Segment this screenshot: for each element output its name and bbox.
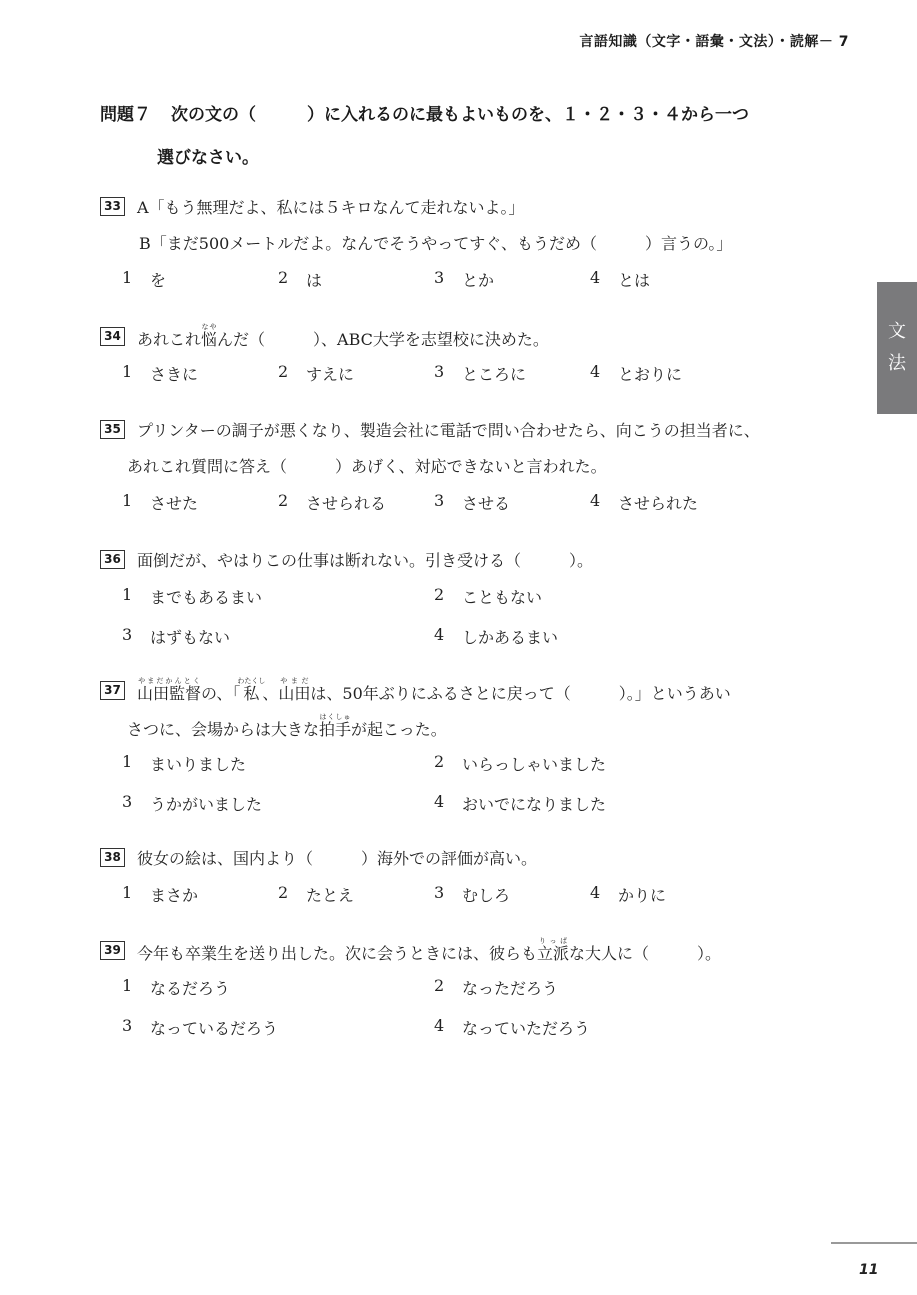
instruction-line-2: 選びなさい。: [157, 143, 749, 168]
option[interactable]: 1まさか: [122, 883, 278, 906]
question-37: 37 山田監督やまだかんとくの、「私わたくし、山田やまだは、50年ぶりにふるさと…: [100, 680, 734, 815]
question-33: 33 A「もう無理だよ、私には５キロなんて走れないよ。」 B「まだ500メートル…: [100, 196, 746, 291]
section-tab-grammar: 文 法: [877, 282, 917, 414]
option[interactable]: 4おいでになりました: [434, 792, 734, 815]
option[interactable]: 3ところに: [434, 362, 590, 385]
option[interactable]: 3はずもない: [122, 625, 434, 648]
option[interactable]: 3なっているだろう: [122, 1016, 434, 1039]
option[interactable]: 4なっていただろう: [434, 1016, 734, 1039]
question-text: プリンターの調子が悪くなり、製造会社に電話で問い合わせたら、向こうの担当者に、: [137, 418, 760, 441]
question-text: 面倒だが、やはりこの仕事は断れない。引き受ける（ ）。: [137, 548, 593, 571]
option[interactable]: 3させる: [434, 491, 590, 514]
page-number: 11: [859, 1262, 878, 1278]
question-35: 35 プリンターの調子が悪くなり、製造会社に電話で問い合わせたら、向こうの担当者…: [100, 419, 760, 514]
question-39: 39 今年も卒業生を送り出した。次に会うときには、彼らも立派りっぱな大人に（ ）…: [100, 940, 734, 1039]
option[interactable]: 4させられた: [590, 491, 746, 514]
question-number-box: 35: [100, 420, 125, 439]
option[interactable]: 2たとえ: [278, 883, 434, 906]
question-36: 36 面倒だが、やはりこの仕事は断れない。引き受ける（ ）。 1までもあるまい …: [100, 549, 734, 648]
option[interactable]: 2なっただろう: [434, 976, 734, 999]
instruction-line-1: 次の文の（ ）に入れるのに最もよいものを、１・２・３・４から一つ: [171, 100, 749, 125]
question-text: 山田監督やまだかんとくの、「私わたくし、山田やまだは、50年ぶりにふるさとに戻っ…: [137, 677, 731, 704]
option[interactable]: 2いらっしゃいました: [434, 752, 734, 775]
question-text: 彼女の絵は、国内より（ ）海外での評価が高い。: [137, 846, 537, 869]
question-text: 今年も卒業生を送り出した。次に会うときには、彼らも立派りっぱな大人に（ ）。: [137, 937, 721, 964]
problem-instructions: 問題７ 次の文の（ ）に入れるのに最もよいものを、１・２・３・４から一つ 選びな…: [100, 100, 749, 168]
question-number-box: 33: [100, 197, 125, 216]
option[interactable]: 4しかあるまい: [434, 625, 734, 648]
option[interactable]: 2は: [278, 268, 434, 291]
question-text: A「もう無理だよ、私には５キロなんて走れないよ。」: [137, 195, 525, 218]
question-text: あれこれ悩なやんだ（ ）、ABC大学を志望校に決めた。: [137, 323, 549, 350]
option[interactable]: 4かりに: [590, 883, 746, 906]
option[interactable]: 4とおりに: [590, 362, 746, 385]
question-text: さつに、会場からは大きな拍手はくしゅが起こった。: [127, 713, 447, 740]
question-38: 38 彼女の絵は、国内より（ ）海外での評価が高い。 1まさか 2たとえ 3むし…: [100, 847, 746, 906]
tab-char: 法: [888, 348, 906, 380]
option[interactable]: 1までもあるまい: [122, 585, 434, 608]
tab-char: 文: [888, 316, 906, 348]
option[interactable]: 2こともない: [434, 585, 734, 608]
question-34: 34 あれこれ悩なやんだ（ ）、ABC大学を志望校に決めた。 1さきに 2すえに…: [100, 326, 746, 385]
option[interactable]: 1を: [122, 268, 278, 291]
option[interactable]: 2させられる: [278, 491, 434, 514]
question-number-box: 37: [100, 681, 125, 700]
option[interactable]: 3うかがいました: [122, 792, 434, 815]
option[interactable]: 3とか: [434, 268, 590, 291]
option[interactable]: 2すえに: [278, 362, 434, 385]
running-header: 言語知識（文字・語彙・文法）・読解－ 7: [579, 31, 849, 51]
problem-label: 問題７: [100, 100, 151, 125]
question-text: B「まだ500メートルだよ。なんでそうやってすぐ、もうだめ（ ）言うの。」: [139, 231, 732, 254]
question-number-box: 36: [100, 550, 125, 569]
question-number-box: 39: [100, 941, 125, 960]
option[interactable]: 1なるだろう: [122, 976, 434, 999]
option[interactable]: 1まいりました: [122, 752, 434, 775]
question-number-box: 38: [100, 848, 125, 867]
option[interactable]: 4とは: [590, 268, 746, 291]
option[interactable]: 1さきに: [122, 362, 278, 385]
question-number-box: 34: [100, 327, 125, 346]
option[interactable]: 1させた: [122, 491, 278, 514]
option[interactable]: 3むしろ: [434, 883, 590, 906]
question-text: あれこれ質問に答え（ ）あげく、対応できないと言われた。: [127, 454, 607, 477]
footer-divider: [831, 1242, 917, 1244]
